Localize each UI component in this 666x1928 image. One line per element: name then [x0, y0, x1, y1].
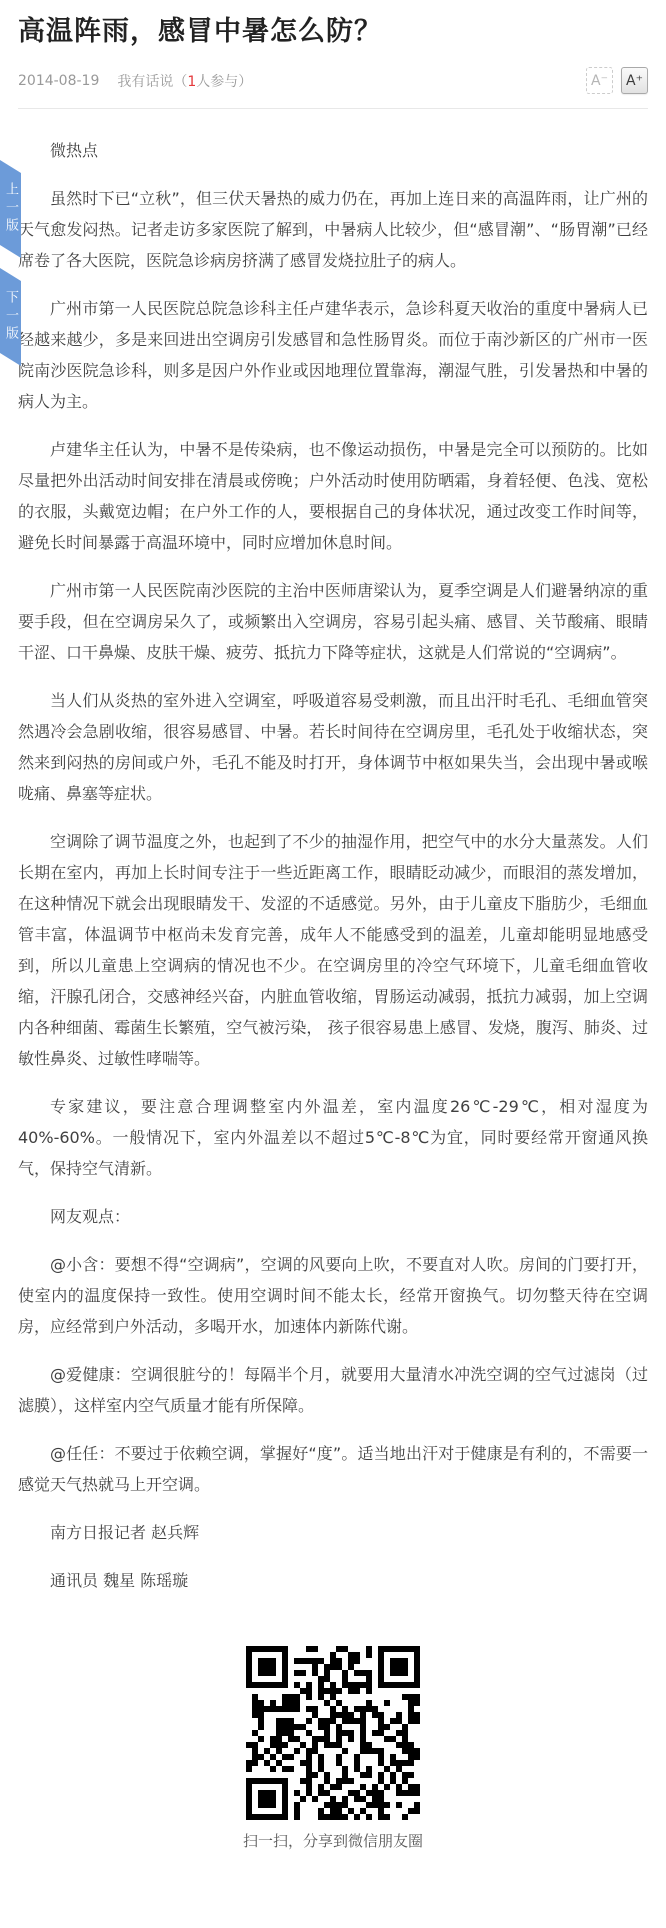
publish-date: 2014-08-19	[18, 73, 99, 89]
article-paragraph: 网友观点：	[18, 1201, 648, 1232]
next-page-tab-label: 下一版	[0, 290, 21, 344]
article-paragraph: 通讯员 魏星 陈瑶璇	[18, 1565, 648, 1596]
font-size-controls: A⁻ A⁺	[586, 67, 648, 94]
font-increase-button[interactable]: A⁺	[621, 67, 648, 94]
article-paragraph: 广州市第一人民医院总院急诊科主任卢建华表示，急诊科夏天收治的重度中暑病人已经越来…	[18, 293, 648, 417]
meta-row: 2014-08-19 我有话说（1人参与） A⁻ A⁺	[18, 67, 648, 94]
comments-link[interactable]: 我有话说（1人参与）	[117, 71, 252, 91]
page-title: 高温阵雨，感冒中暑怎么防？	[18, 14, 648, 49]
article-paragraph: 虽然时下已“立秋”，但三伏天暑热的威力仍在，再加上连日来的高温阵雨，让广州的天气…	[18, 183, 648, 276]
article-paragraph: @爱健康：空调很脏兮的！每隔半个月，就要用大量清水冲洗空调的空气过滤岗（过滤膜）…	[18, 1359, 648, 1421]
article-paragraph: 南方日报记者 赵兵辉	[18, 1517, 648, 1548]
article-paragraph: @任任：不要过于依赖空调，掌握好“度”。适当地出汗对于健康是有利的，不需要一感觉…	[18, 1438, 648, 1500]
article-paragraph: 广州市第一人民医院南沙医院的主治中医师唐梁认为，夏季空调是人们避暑纳凉的重要手段…	[18, 575, 648, 668]
wechat-share-block: 扫一扫，分享到微信朋友圈	[0, 1646, 666, 1851]
meta-left: 2014-08-19 我有话说（1人参与）	[18, 71, 252, 91]
qr-code-image	[246, 1646, 420, 1820]
next-page-tab[interactable]: 下一版	[0, 268, 21, 366]
comments-suffix: 人参与）	[196, 74, 252, 90]
article-page: 高温阵雨，感冒中暑怎么防？ 2014-08-19 我有话说（1人参与） A⁻ A…	[0, 0, 666, 1928]
prev-page-tab[interactable]: 上一版	[0, 160, 21, 258]
article-paragraph: @小含：要想不得“空调病”，空调的风要向上吹，不要直对人吹。房间的门要打开，使室…	[18, 1249, 648, 1342]
article-paragraph: 卢建华主任认为，中暑不是传染病，也不像运动损伤，中暑是完全可以预防的。比如尽量把…	[18, 434, 648, 558]
qr-caption: 扫一扫，分享到微信朋友圈	[243, 1830, 423, 1851]
comments-prefix: 我有话说（	[117, 74, 187, 90]
article-header: 高温阵雨，感冒中暑怎么防？ 2014-08-19 我有话说（1人参与） A⁻ A…	[0, 0, 666, 109]
article-paragraph: 微热点	[18, 135, 648, 166]
article-paragraph: 当人们从炎热的室外进入空调室，呼吸道容易受刺激，而且出汗时毛孔、毛细血管突然遇冷…	[18, 685, 648, 809]
font-decrease-button[interactable]: A⁻	[586, 67, 613, 94]
article-paragraph: 空调除了调节温度之外，也起到了不少的抽湿作用，把空气中的水分大量蒸发。人们长期在…	[18, 826, 648, 1074]
comments-count: 1	[187, 74, 196, 90]
prev-page-tab-label: 上一版	[0, 182, 21, 236]
article-paragraph: 专家建议，要注意合理调整室内外温差，室内温度26℃-29℃，相对湿度为40%-6…	[18, 1091, 648, 1184]
article-body: 微热点虽然时下已“立秋”，但三伏天暑热的威力仍在，再加上连日来的高温阵雨，让广州…	[0, 109, 666, 1596]
